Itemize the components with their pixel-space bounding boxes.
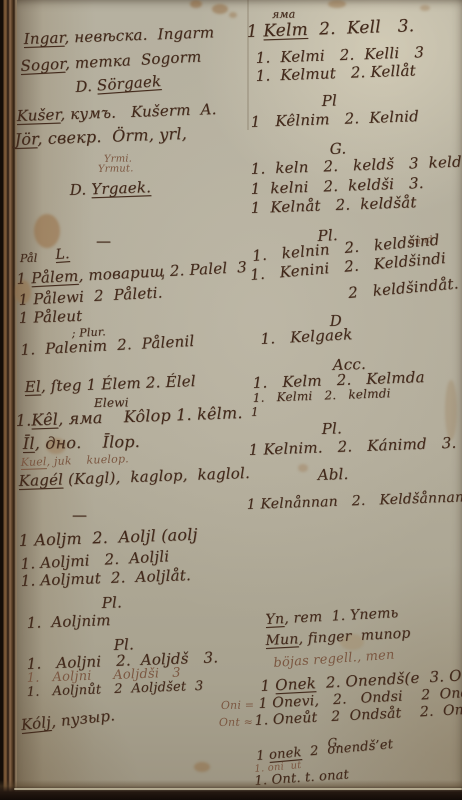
manuscript-photo: Ingar, невѣска. IngarmSogor, тетка Sogor… xyxy=(0,0,462,800)
handwritten-line: Jör, свекр. Örm, yrl, xyxy=(14,124,187,149)
handwritten-line: Abl. xyxy=(317,465,348,484)
stain xyxy=(328,0,346,8)
page-bottom-edge xyxy=(0,780,462,800)
handwritten-line: Mun, finger munop xyxy=(265,625,411,649)
stain xyxy=(445,380,457,440)
handwritten-line: L. xyxy=(55,246,70,263)
handwritten-line: яма xyxy=(272,8,296,21)
handwritten-line: 1 Pålem, товарищ 2. Palel 3 xyxy=(16,258,247,288)
stain xyxy=(420,5,430,11)
handwritten-line: 1 Påleut xyxy=(18,307,82,327)
handwritten-line: 1 xyxy=(251,405,259,419)
handwritten-line: Pl xyxy=(321,91,337,110)
handwritten-line: D. Sörgaek xyxy=(75,72,162,96)
handwritten-line: 1. keln 2. keldš 3 keldš xyxy=(250,152,462,178)
handwritten-line: G. xyxy=(329,139,346,158)
handwritten-line: D. Yrgaek. xyxy=(69,178,151,199)
handwritten-line: Pl. xyxy=(101,593,122,612)
handwritten-line: 1 Kelnim. 2. Kánimd 3. xyxy=(248,434,456,459)
page-stack-edge xyxy=(14,788,462,790)
handwritten-line: Kólj, пузыр. xyxy=(20,706,116,734)
handwritten-line: 2 keldšindåt. xyxy=(347,274,459,302)
handwritten-line: Yrmut. xyxy=(98,163,134,175)
handwritten-line: 1.Kêl, яма Kôlop 1. kêlm. xyxy=(15,403,243,430)
handwritten-line: Oni = xyxy=(221,698,255,712)
stain xyxy=(194,762,210,772)
handwritten-line: 1. Aoljnim xyxy=(26,611,111,632)
stain xyxy=(298,464,308,472)
handwritten-line: Ont ≈ xyxy=(219,715,253,729)
page-crease xyxy=(247,0,249,130)
handwritten-line: Pl. xyxy=(321,419,342,438)
handwritten-line: Sogor, тетка Sogorm xyxy=(20,48,202,75)
handwritten-line: Pål xyxy=(20,252,38,265)
handwritten-line: Kuel, juk kuelop. xyxy=(21,452,130,469)
stain xyxy=(34,214,60,248)
handwritten-line: — xyxy=(96,232,111,250)
stain xyxy=(229,12,237,18)
book-spine xyxy=(0,0,17,800)
handwritten-line: Ingar, невѣска. Ingarm xyxy=(23,23,214,48)
handwritten-line: Yn, rem 1. Ynemь xyxy=(265,605,399,628)
handwritten-line: 1 Aoljm 2. Aoljl (aolj xyxy=(18,525,198,550)
handwritten-line: — xyxy=(72,506,87,524)
handwritten-line: 1 Kelnånnan 2. Keldšånnan. xyxy=(246,489,462,513)
manuscript-page: Ingar, невѣска. IngarmSogor, тетка Sogor… xyxy=(17,0,462,800)
handwritten-line: böjas regell., men xyxy=(273,648,395,671)
handwritten-line: 1. Palenim 2. Pålenil xyxy=(20,332,195,359)
handwritten-line: El, ſteg 1 Élem 2. Élel xyxy=(24,372,196,396)
handwritten-line: 1 Pålewi 2 Påleti. xyxy=(18,283,163,309)
handwritten-line: Kušer, кумъ. Kušerm A. xyxy=(16,100,216,125)
stain xyxy=(212,4,228,14)
handwritten-line: 1 Kêlnim 2. Kelnid xyxy=(250,107,419,131)
handwritten-line: Īl, дно. Īlop. xyxy=(23,432,140,453)
stain xyxy=(190,0,202,8)
handwritten-line: 1 onek 2 onendš’et xyxy=(256,737,394,764)
handwritten-line: 1. Kelgaek xyxy=(260,325,353,348)
